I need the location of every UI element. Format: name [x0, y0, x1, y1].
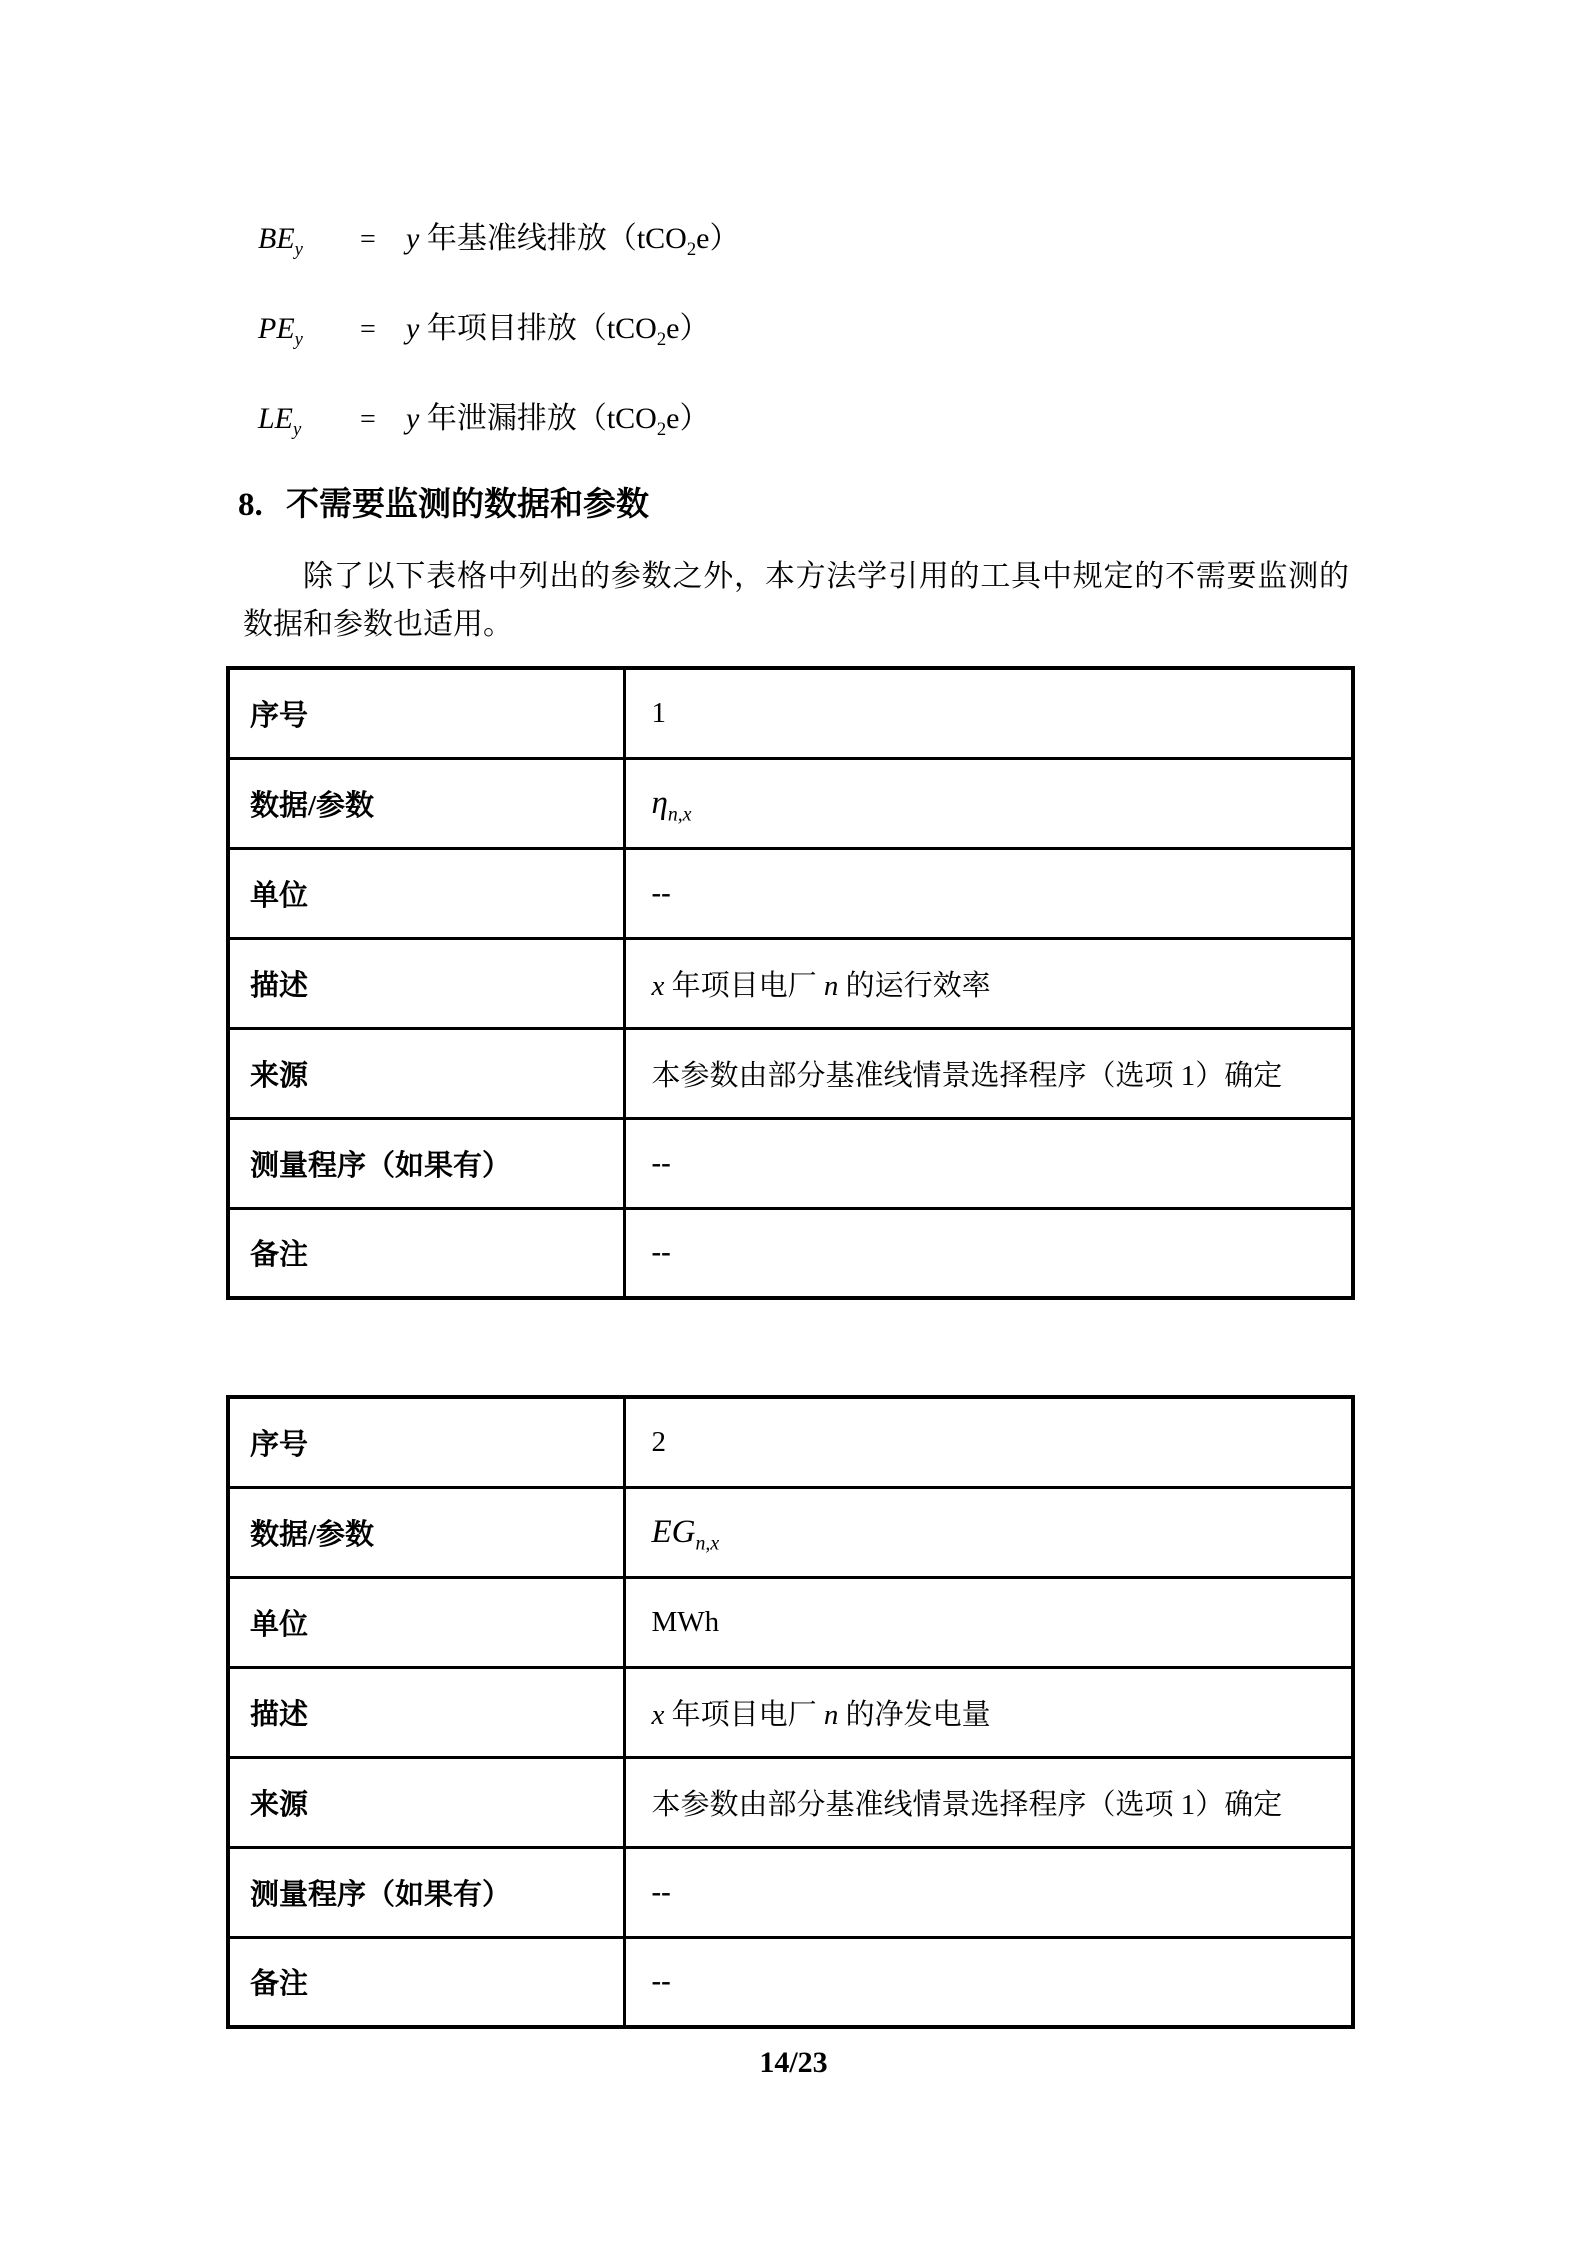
- table-row: 描述 x 年项目电厂 n 的净发电量: [228, 1667, 1353, 1757]
- table-row: 序号 1: [228, 668, 1353, 758]
- row-value: --: [624, 1847, 1353, 1937]
- row-label: 测量程序（如果有）: [228, 1847, 624, 1937]
- equals-sign: =: [360, 403, 406, 437]
- row-value: MWh: [624, 1577, 1353, 1667]
- table-row: 序号 2: [228, 1397, 1353, 1487]
- body-paragraph: 除了以下表格中列出的参数之外，本方法学引用的工具中规定的不需要监测的数据和参数也…: [243, 553, 1349, 649]
- row-label: 备注: [228, 1937, 624, 2027]
- table-row: 来源 本参数由部分基准线情景选择程序（选项 1）确定: [228, 1757, 1353, 1847]
- row-label: 单位: [228, 848, 624, 938]
- row-label: 备注: [228, 1208, 624, 1298]
- table-row: 测量程序（如果有） --: [228, 1118, 1353, 1208]
- table-row: 描述 x 年项目电厂 n 的运行效率: [228, 938, 1353, 1028]
- table-row: 测量程序（如果有） --: [228, 1847, 1353, 1937]
- definition-term: PEy: [258, 312, 360, 346]
- table-row: 数据/参数 ηn,x: [228, 758, 1353, 848]
- row-label: 来源: [228, 1028, 624, 1118]
- row-value: 本参数由部分基准线情景选择程序（选项 1）确定: [624, 1028, 1353, 1118]
- table-row: 数据/参数 EGn,x: [228, 1487, 1353, 1577]
- parameter-table-1-body: 序号 1 数据/参数 ηn,x 单位 -- 描述 x 年项目电厂 n 的运行效率…: [228, 668, 1353, 1298]
- row-label: 单位: [228, 1577, 624, 1667]
- row-value: ηn,x: [624, 758, 1353, 848]
- section-number: 8.: [238, 487, 286, 523]
- definition-text: y 年基准线排放（tCO2e）: [406, 222, 739, 255]
- row-value: --: [624, 1208, 1353, 1298]
- definition-term: BEy: [258, 222, 360, 256]
- parameter-table-1: 序号 1 数据/参数 ηn,x 单位 -- 描述 x 年项目电厂 n 的运行效率…: [226, 666, 1355, 1300]
- row-label: 描述: [228, 1667, 624, 1757]
- row-label: 序号: [228, 1397, 624, 1487]
- row-label: 数据/参数: [228, 758, 624, 848]
- row-label: 数据/参数: [228, 1487, 624, 1577]
- definition-row: BEy=y 年基准线排放（tCO2e）: [258, 222, 739, 256]
- section-title: 不需要监测的数据和参数: [286, 487, 649, 523]
- table-row: 单位 MWh: [228, 1577, 1353, 1667]
- parameter-table-2-body: 序号 2 数据/参数 EGn,x 单位 MWh 描述 x 年项目电厂 n 的净发…: [228, 1397, 1353, 2027]
- equals-sign: =: [360, 223, 406, 257]
- row-value: x 年项目电厂 n 的运行效率: [624, 938, 1353, 1028]
- parameter-table-2: 序号 2 数据/参数 EGn,x 单位 MWh 描述 x 年项目电厂 n 的净发…: [226, 1395, 1355, 2029]
- table-row: 备注 --: [228, 1937, 1353, 2027]
- row-value: --: [624, 1118, 1353, 1208]
- row-value: 2: [624, 1397, 1353, 1487]
- equals-sign: =: [360, 313, 406, 347]
- definitions-block: BEy=y 年基准线排放（tCO2e） PEy=y 年项目排放（tCO2e） L…: [258, 222, 739, 492]
- row-value: --: [624, 1937, 1353, 2027]
- row-label: 描述: [228, 938, 624, 1028]
- row-value: 本参数由部分基准线情景选择程序（选项 1）确定: [624, 1757, 1353, 1847]
- page-number: 14/23: [0, 2046, 1587, 2080]
- row-value: EGn,x: [624, 1487, 1353, 1577]
- row-label: 测量程序（如果有）: [228, 1118, 624, 1208]
- document-page: BEy=y 年基准线排放（tCO2e） PEy=y 年项目排放（tCO2e） L…: [0, 0, 1587, 2245]
- table-row: 单位 --: [228, 848, 1353, 938]
- definition-text: y 年项目排放（tCO2e）: [406, 312, 709, 345]
- row-value: 1: [624, 668, 1353, 758]
- row-label: 序号: [228, 668, 624, 758]
- definition-text: y 年泄漏排放（tCO2e）: [406, 402, 709, 435]
- definition-row: PEy=y 年项目排放（tCO2e）: [258, 312, 739, 346]
- row-value: --: [624, 848, 1353, 938]
- section-heading: 8.不需要监测的数据和参数: [238, 487, 649, 523]
- table-row: 备注 --: [228, 1208, 1353, 1298]
- row-value: x 年项目电厂 n 的净发电量: [624, 1667, 1353, 1757]
- table-row: 来源 本参数由部分基准线情景选择程序（选项 1）确定: [228, 1028, 1353, 1118]
- definition-row: LEy=y 年泄漏排放（tCO2e）: [258, 402, 739, 436]
- definition-term: LEy: [258, 402, 360, 436]
- row-label: 来源: [228, 1757, 624, 1847]
